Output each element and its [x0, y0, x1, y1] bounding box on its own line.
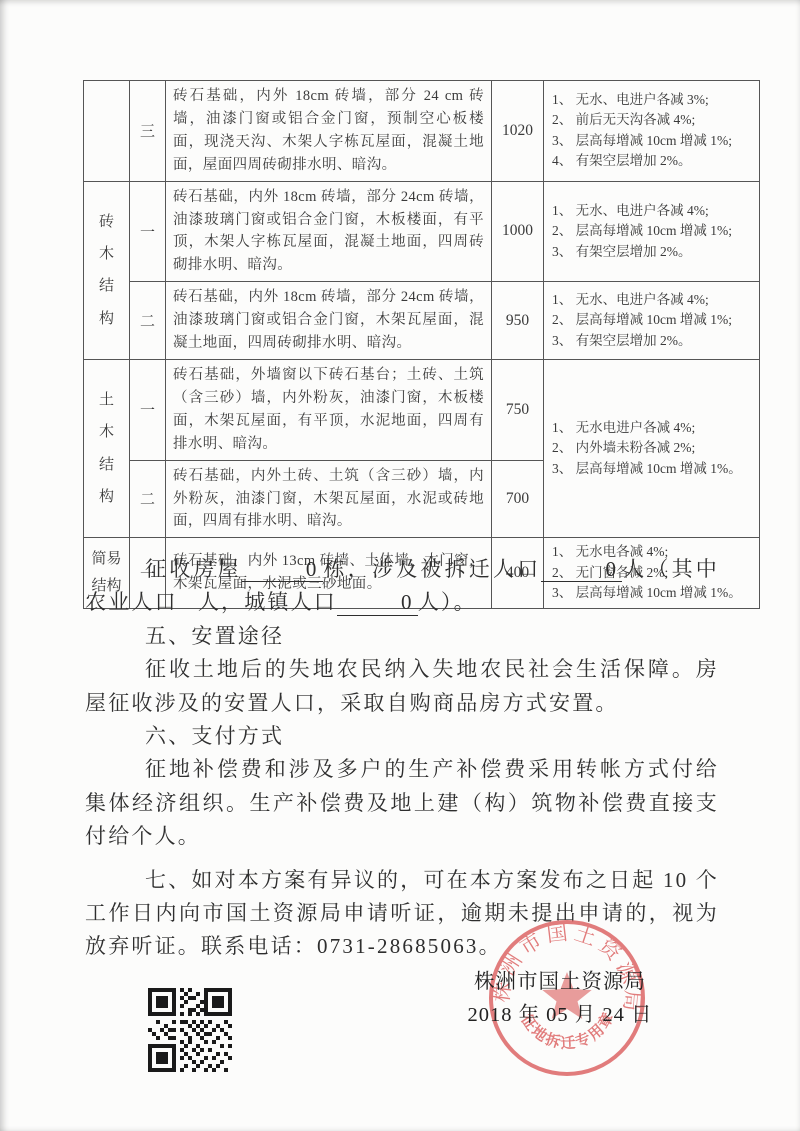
table-row: 砖木结构 一 砖石基础，内外 18cm 砖墙，部分 24cm 砖墙，油漆玻璃门窗…	[84, 181, 760, 282]
cell-description: 砖石基础，内外土砖、土筑（含三砂）墙，内外粉灰，油漆门窗，木架瓦屋面，水泥或砖地…	[166, 460, 492, 538]
table-row: 三 砖石基础，内外 18cm 砖墙，部分 24 cm 砖墙，油漆门窗或铝合金门窗…	[84, 81, 760, 182]
cell-description: 砖石基础，外墙窗以下砖石基台；土砖、土筑（含三砂）墙，内外粉灰，油漆门窗，木板楼…	[166, 359, 492, 460]
cell-value: 1020	[492, 81, 544, 182]
cell-structure	[84, 81, 130, 182]
compensation-table: 三 砖石基础，内外 18cm 砖墙，部分 24 cm 砖墙，油漆门窗或铝合金门窗…	[83, 80, 760, 609]
cell-grade: 二	[130, 282, 166, 360]
p1-text: 栋，涉及被拆迁人口	[323, 557, 542, 581]
cell-description: 砖石基础，内外 18cm 砖墙，部分 24cm 砖墙，油漆玻璃门窗或铝合金门窗，…	[166, 181, 492, 282]
cell-notes: 1、 无水、电进户各减 4%; 2、 层高每增减 10cm 增减 1%; 3、 …	[544, 282, 760, 360]
cell-value: 750	[492, 359, 544, 460]
p1-text: 人，城镇人口	[198, 590, 337, 614]
p1-text: 人）。	[418, 590, 477, 614]
paragraph-payment: 征地补偿费和涉及多户的生产补偿费采用转帐方式付给集体经济组织。生产补偿费及地上建…	[85, 753, 719, 853]
qr-code	[148, 988, 232, 1072]
cell-value: 950	[492, 282, 544, 360]
section-heading-6: 六、支付方式	[85, 720, 719, 753]
cell-structure: 土木结构	[84, 359, 130, 537]
p1-text: 征收房屋	[145, 557, 242, 581]
table-row: 二 砖石基础，内外 18cm 砖墙，部分 24cm 砖墙，油漆玻璃门窗或铝合金门…	[84, 282, 760, 360]
table-row: 土木结构 一 砖石基础，外墙窗以下砖石基台；土砖、土筑（含三砂）墙，内外粉灰，油…	[84, 359, 760, 460]
cell-notes: 1、 无水电进户各减 4%; 2、 内外墙未粉各减 2%; 3、 层高每增减 1…	[544, 359, 760, 537]
cell-description: 砖石基础，内外 18cm 砖墙，部分 24 cm 砖墙，油漆门窗或铝合金门窗，预…	[166, 81, 492, 182]
issuing-authority: 株洲市国土资源局	[462, 966, 658, 999]
cell-grade: 一	[130, 181, 166, 282]
cell-grade: 二	[130, 460, 166, 538]
paragraph-resettlement: 征收土地后的失地农民纳入失地农民社会生活保障。房屋征收涉及的安置人口，采取自购商…	[85, 653, 719, 720]
cell-notes: 1、 无水、电进户各减 3%; 2、 前后无天沟各减 4%; 3、 层高每增减 …	[544, 81, 760, 182]
section-heading-5: 五、安置途径	[85, 620, 719, 653]
cell-notes: 1、 无水、电进户各减 4%; 2、 层高每增减 10cm 增减 1%; 3、 …	[544, 181, 760, 282]
cell-description: 砖石基础，内外 18cm 砖墙，部分 24cm 砖墙，油漆玻璃门窗或铝合金门窗，…	[166, 282, 492, 360]
blank-relocated-population: 0	[541, 557, 622, 582]
body-text: 征收房屋0栋，涉及被拆迁人口0人（其中农业人口人，城镇人口0人）。 五、安置途径…	[85, 553, 719, 964]
document-page: 三 砖石基础，内外 18cm 砖墙，部分 24 cm 砖墙，油漆门窗或铝合金门窗…	[0, 0, 800, 1131]
paragraph-housing-counts: 征收房屋0栋，涉及被拆迁人口0人（其中农业人口人，城镇人口0人）。	[85, 553, 719, 620]
cell-structure: 砖木结构	[84, 181, 130, 359]
cell-grade: 一	[130, 359, 166, 460]
blank-building-count: 0	[242, 557, 323, 582]
cell-value: 1000	[492, 181, 544, 282]
blank-urban-population: 0	[337, 590, 418, 615]
cell-grade: 三	[130, 81, 166, 182]
issue-date: 2018 年 05 月 24 日	[462, 999, 658, 1032]
signature-block: 株洲市国土资源局 2018 年 05 月 24 日	[462, 966, 658, 1032]
cell-value: 700	[492, 460, 544, 538]
